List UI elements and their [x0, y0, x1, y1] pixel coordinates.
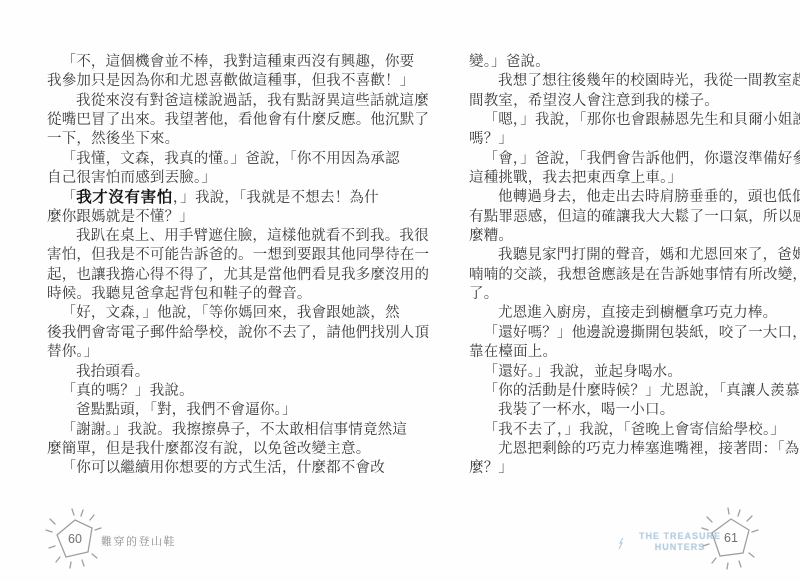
text-line: 「真的嗎？」我說。: [47, 382, 339, 401]
text-line: 爸點點頭，「對，我們不會逼你。」: [47, 401, 339, 420]
text-line: 「嗯，」我說，「那你也會跟赫恩先生和貝爾小姐說: [469, 111, 761, 130]
text-line: 變。」爸說。: [469, 53, 761, 72]
text-line: 我抬頭看。: [47, 363, 339, 382]
text-line: 「還好。」我說，並起身喝水。: [469, 363, 761, 382]
text-line: 尤恩把剩餘的巧克力棒塞進嘴裡，接著問：「為什: [469, 440, 761, 459]
text-line: 替你。」: [47, 343, 339, 362]
page-number-gem-right: 61: [697, 506, 763, 572]
text-line: 我參加只是因為你和尤恩喜歡做這種事，但我不喜歡！」: [47, 72, 339, 91]
text-line: 從嘴巴冒了出來。我望著他，看他會有什麼反應。他沉默了: [47, 111, 339, 130]
text-line: 「你的活動是什麼時候？」尤恩說，「真讓人羨慕。」: [469, 382, 761, 401]
lightning-icon: [618, 537, 626, 555]
page-number-left: 60: [68, 532, 82, 546]
text-line: 一下，然後坐下來。: [47, 130, 339, 149]
text-line: 時候。我聽見爸拿起背包和鞋子的聲音。: [47, 285, 339, 304]
text-line: 他轉過身去，他走出去時肩膀垂垂的，頭也低低的。我: [469, 188, 761, 207]
text-line: 麼你跟媽就是不懂？」: [47, 208, 339, 227]
text-line: 麼糟。: [469, 227, 761, 246]
text-line: 有點罪惡感，但這的確讓我大大鬆了一口氣，所以感覺沒那: [469, 208, 761, 227]
text-line: 「不，這個機會並不棒，我對這種東西沒有興趣，你要: [47, 53, 339, 72]
text-line: 「還好嗎？」他邊說邊撕開包裝紙，咬了一大口，然後: [469, 324, 761, 343]
text-line: 害怕，但我是不可能告訴爸的。一想到要跟其他同學待在一: [47, 246, 339, 265]
text-line: 起，也讓我擔心得不得了，尤其是當他們看見我多麼沒用的: [47, 266, 339, 285]
text-line: 我裝了一杯水，喝一小口。: [469, 401, 761, 420]
text-line: 尤恩進入廚房，直接走到櫥櫃拿巧克力棒。: [469, 304, 761, 323]
text-line: 「謝謝。」我說。我擦擦鼻子，不太敢相信事情竟然這: [47, 421, 339, 440]
page-left-text: 「不，這個機會並不棒，我對這種東西沒有興趣，你要我參加只是因為你和尤恩喜歡做這種…: [47, 53, 339, 479]
text-line: 我趴在桌上、用手臂遮住臉，這樣他就看不到我。我很: [47, 227, 339, 246]
text-line: 麼？」: [469, 459, 761, 478]
text-line: 「你可以繼續用你想要的方式生活，什麼都不會改: [47, 459, 339, 478]
text-line: 「好，文森，」他說，「等你媽回來，我會跟她談，然: [47, 304, 339, 323]
page-number-right: 61: [724, 531, 738, 545]
book-spread: 「不，這個機會並不棒，我對這種東西沒有興趣，你要我參加只是因為你和尤恩喜歡做這種…: [0, 0, 800, 581]
text-line: 嗎？」: [469, 130, 761, 149]
text-line: 「我才沒有害怕，」我說，「我就是不想去！為什: [47, 188, 339, 207]
text-line: 間教室，希望沒人會注意到我的樣子。: [469, 92, 761, 111]
text-line: 我從來沒有對爸這樣說過話，我有點訝異這些話就這麼: [47, 92, 339, 111]
gem-sparkle-icon: 61: [697, 506, 763, 572]
gem-sparkle-icon: 60: [42, 506, 108, 572]
text-line: 靠在檯面上。: [469, 343, 761, 362]
page-number-gem-left: 60: [42, 506, 108, 572]
text-line: 麼簡單，但是我什麼都沒有說，以免爸改變主意。: [47, 440, 339, 459]
text-line: 「我不去了，」我說，「爸晚上會寄信給學校。」: [469, 421, 761, 440]
text-line: 我聽見家門打開的聲音，媽和尤恩回來了，爸媽在玄關: [469, 246, 761, 265]
text-line: 喃喃的交談，我想爸應該是在告訴她事情有所改變，我不去: [469, 266, 761, 285]
text-line: 我想了想往後幾年的校園時光，我從一間教室趕到另一: [469, 72, 761, 91]
text-line: 「我懂，文森，我真的懂。」爸說，「你不用因為承認: [47, 150, 339, 169]
chapter-title: 難穿的登山鞋: [101, 533, 176, 549]
text-line: 了。: [469, 285, 761, 304]
text-line: 這種挑戰，我去把東西拿上車。」: [469, 169, 761, 188]
text-line: 「會，」爸說，「我們會告訴他們，你還沒準備好參加: [469, 150, 761, 169]
page-right-text: 變。」爸說。我想了想往後幾年的校園時光，我從一間教室趕到另一間教室，希望沒人會注…: [469, 53, 761, 479]
text-line: 自己很害怕而感到丟臉。」: [47, 169, 339, 188]
text-line: 後我們會寄電子郵件給學校，說你不去了，請他們找別人頂: [47, 324, 339, 343]
